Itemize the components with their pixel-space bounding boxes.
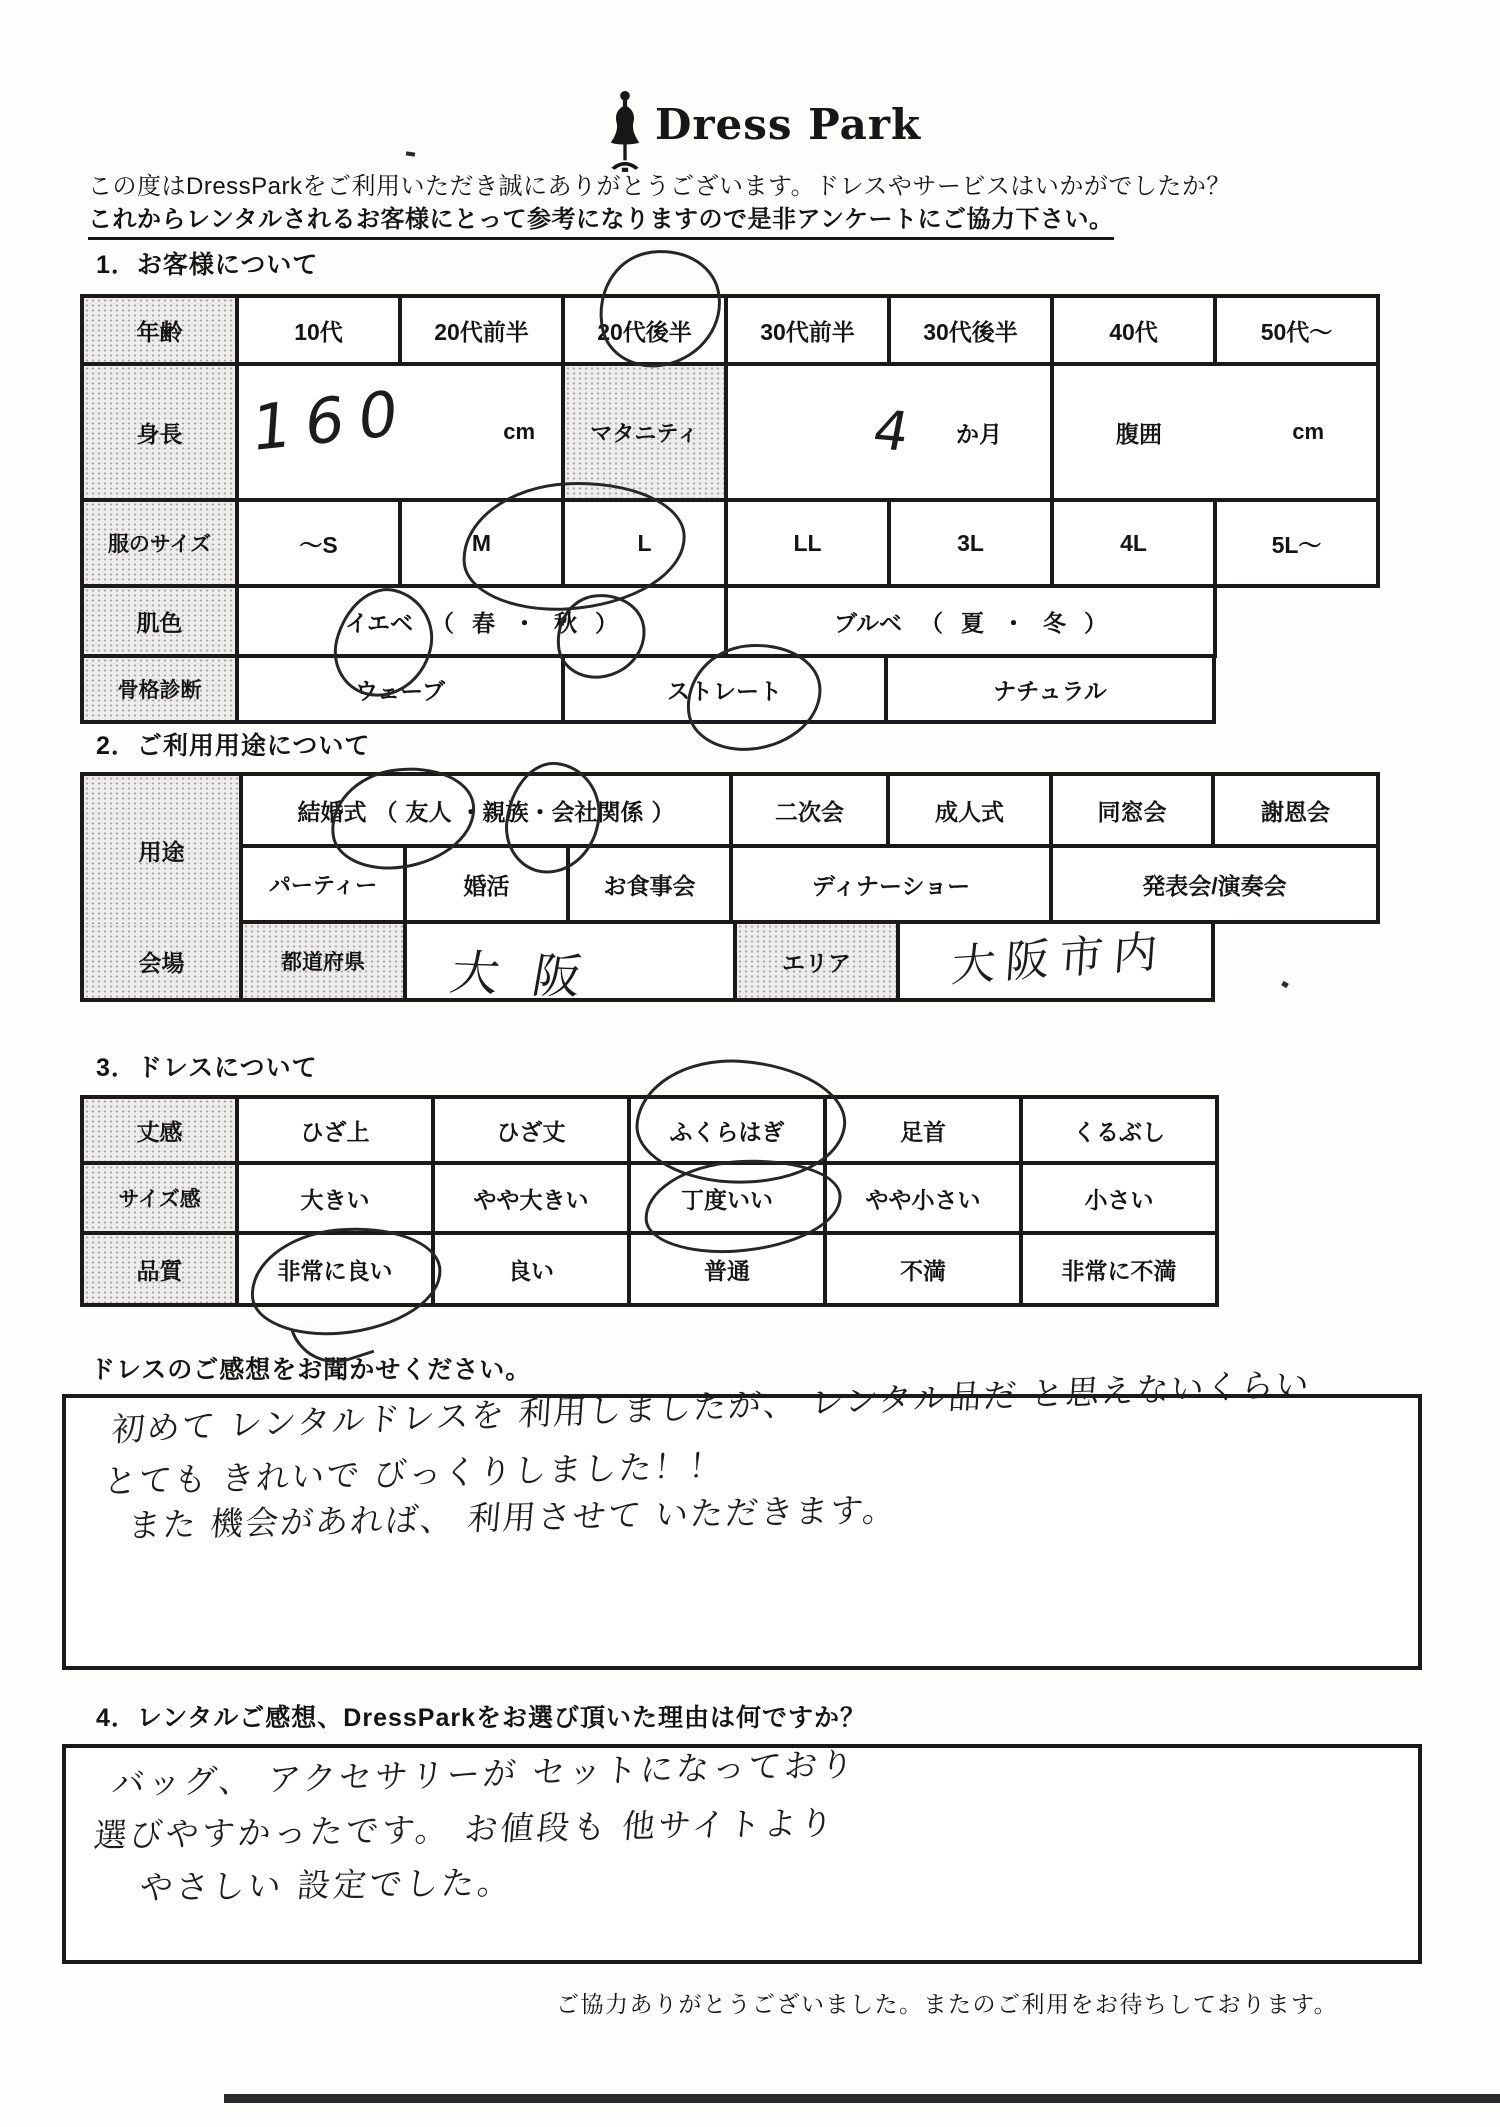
maternity-unit: か月 xyxy=(956,416,1002,449)
waist-cell: 腹囲 cm xyxy=(1054,366,1380,502)
age-option-cell: 40代 xyxy=(1054,294,1217,366)
quality-option-cell: 非常に不満 xyxy=(1023,1235,1219,1307)
purpose-option-cell: 二次会 xyxy=(733,772,890,848)
section1-title: 1．お客様について xyxy=(96,245,318,281)
age-option-cell: 10代 xyxy=(239,294,402,366)
size-option-cell: ～S xyxy=(239,502,402,588)
season-spring: 春 xyxy=(472,605,495,638)
separator-dot: ・ xyxy=(513,605,536,638)
purpose-option-cell: ディナーショー xyxy=(733,848,1053,924)
venue-row: 会場 都道府県 エリア xyxy=(80,924,1380,1002)
size-option-cell: LL xyxy=(728,502,891,588)
length-option-cell: ひざ上 xyxy=(239,1095,435,1165)
length-option-cell: 足首 xyxy=(827,1095,1023,1165)
fit-option-cell: 小さい xyxy=(1023,1165,1219,1235)
age-option-cell: 50代～ xyxy=(1217,294,1380,366)
area-label-cell: エリア xyxy=(737,924,900,1002)
frame-label-cell: 骨格診断 xyxy=(80,658,239,724)
skin-blue-label: ブルベ xyxy=(834,605,902,638)
purpose-option-cell: お食事会 xyxy=(570,848,733,924)
handwritten-reason-line: やさしい 設定でした。 xyxy=(138,1857,516,1909)
usage-table: 用途 結婚式 （ 友人 ・親族・会社関係 ） 二次会 成人式 同窓会 謝恩会 パ… xyxy=(80,772,1380,1002)
age-option-cell: 30代後半 xyxy=(891,294,1054,366)
intro-line-2: これからレンタルされるお客様にとって参考になりますので是非アンケートにご協力下さ… xyxy=(88,199,1114,240)
season-winter: 冬 xyxy=(1043,605,1066,638)
purpose-option-cell: 謝恩会 xyxy=(1215,772,1380,848)
section4-title: 4．レンタルご感想、DressParkをお選び頂いた理由は何ですか？ xyxy=(96,1698,866,1734)
paren-open: （ xyxy=(920,605,943,638)
intro-line-1: この度はDressParkをご利用いただき誠にありがとうございます。ドレスやサー… xyxy=(88,166,1231,201)
age-option-cell: 20代前半 xyxy=(402,294,565,366)
paren-close: ） xyxy=(652,794,675,827)
scan-artifact-line xyxy=(224,2094,1500,2103)
questionnaire-page: { "brand": {"name": "Dress Park"}, "intr… xyxy=(0,0,1500,2127)
fit-label-cell: サイズ感 xyxy=(80,1165,239,1235)
fit-option-cell: やや小さい xyxy=(827,1165,1023,1235)
skin-label-cell: 肌色 xyxy=(80,588,239,658)
purpose-wedding-cell: 結婚式 （ 友人 ・親族・会社関係 ） xyxy=(243,772,733,848)
scan-speck xyxy=(406,151,415,156)
purpose-option-cell: 成人式 xyxy=(890,772,1053,848)
size-option-cell: 3L xyxy=(891,502,1054,588)
waist-label: 腹囲 xyxy=(1116,416,1162,449)
age-label-cell: 年齢 xyxy=(80,294,239,366)
section3-title: 3．ドレスについて xyxy=(96,1048,318,1084)
paren-close: ） xyxy=(1084,605,1107,638)
height-unit: cm xyxy=(503,419,535,445)
handwritten-prefecture: 大阪 xyxy=(446,934,622,1008)
age-row: 年齢 10代 20代前半 20代後半 30代前半 30代後半 40代 50代～ xyxy=(80,294,1380,366)
dress-mannequin-icon xyxy=(600,90,650,174)
quality-option-cell: 良い xyxy=(435,1235,631,1307)
fit-option-cell: やや大きい xyxy=(435,1165,631,1235)
size-row: 服のサイズ ～S M L LL 3L 4L 5L～ xyxy=(80,502,1380,588)
size-option-cell: 5L～ xyxy=(1217,502,1380,588)
purpose-option-cell: 発表会/演奏会 xyxy=(1053,848,1380,924)
purpose-option-cell: 同窓会 xyxy=(1053,772,1215,848)
purpose-label-cell: 用途 xyxy=(80,772,243,928)
quality-label-cell: 品質 xyxy=(80,1235,239,1307)
skin-yellow-cell: イエベ （ 春 ・ 秋 ） xyxy=(239,588,728,658)
prefecture-label-cell: 都道府県 xyxy=(243,924,407,1002)
waist-unit: cm xyxy=(1292,419,1324,445)
length-label-cell: 丈感 xyxy=(80,1095,239,1165)
brand-name: Dress Park xyxy=(655,100,921,149)
paren-open: （ xyxy=(431,605,454,638)
fit-option-cell: 大きい xyxy=(239,1165,435,1235)
quality-option-cell: 不満 xyxy=(827,1235,1023,1307)
season-summer: 夏 xyxy=(961,605,984,638)
section2-title: 2．ご利用用途について xyxy=(96,726,370,762)
footer-thanks: ご協力ありがとうございました。またのご利用をお待ちしております。 xyxy=(556,1986,1338,2019)
size-option-cell: 4L xyxy=(1054,502,1217,588)
skin-blue-cell: ブルベ （ 夏 ・ 冬 ） xyxy=(728,588,1217,658)
size-label-cell: 服のサイズ xyxy=(80,502,239,588)
height-label-cell: 身長 xyxy=(80,366,239,502)
length-option-cell: ひざ丈 xyxy=(435,1095,631,1165)
separator-dot: ・ xyxy=(1002,605,1025,638)
age-option-cell: 30代前半 xyxy=(728,294,891,366)
length-option-cell: くるぶし xyxy=(1023,1095,1219,1165)
frame-option-cell: ナチュラル xyxy=(888,658,1216,724)
venue-label-cell: 会場 xyxy=(80,924,243,1002)
